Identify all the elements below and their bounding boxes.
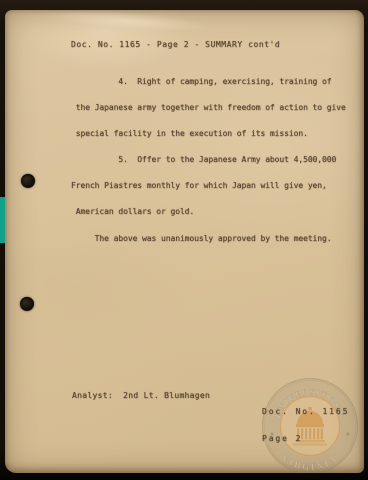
body-line: 4. Right of camping, exercising, trainin… [71,78,346,86]
doc-ref-number: Doc. No. 1165 [262,408,349,417]
body-line: American dollars or gold. [71,208,346,216]
body-line: special facility in the execution of its… [71,130,346,138]
body-line: French Piastres monthly for which Japan … [71,182,346,190]
doc-ref-page: Page 2 [262,435,349,444]
punch-hole-bottom [20,297,34,311]
document-page: Doc. No. 1165 - Page 2 - SUMMARY cont'd … [5,10,364,473]
body-line: 5. Offer to the Japanese Army about 4,50… [71,156,346,164]
scanned-page-backdrop: Doc. No. 1165 - Page 2 - SUMMARY cont'd … [0,0,368,480]
paper-crease [43,10,214,35]
page-header: Doc. No. 1165 - Page 2 - SUMMARY cont'd [71,40,280,49]
punch-hole-top [21,174,35,188]
summary-body: 4. Right of camping, exercising, trainin… [71,60,346,261]
body-line: the Japanese army together with freedom … [71,104,346,112]
doc-ref-stamp: Doc. No. 1165 Page 2 [262,390,349,461]
analyst-line: Analyst: 2nd Lt. Blumhagen [72,391,210,400]
body-line: The above was unanimously approved by th… [71,235,346,243]
